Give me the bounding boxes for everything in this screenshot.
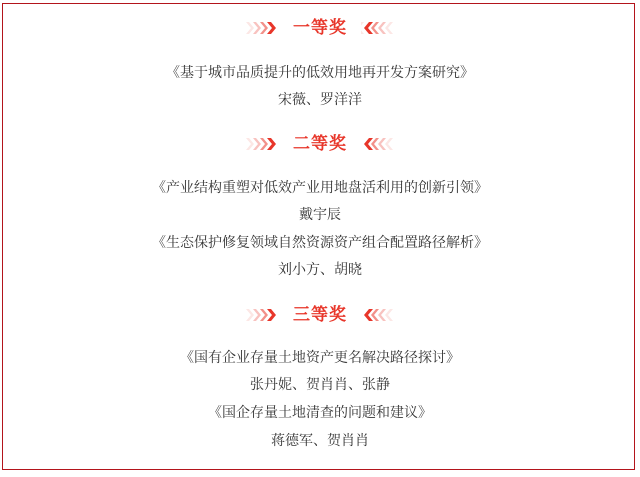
section-heading-text: 一等奖 bbox=[293, 16, 347, 40]
chevron-left-fade-icon bbox=[361, 137, 395, 151]
chevron-left-fade-icon bbox=[361, 308, 395, 322]
award-authors: 张丹妮、贺肖肖、张静 bbox=[0, 376, 640, 394]
chevron-right-fade-icon bbox=[245, 21, 279, 35]
award-title: 《产业结构重塑对低效产业用地盘活利用的创新引领》 bbox=[0, 179, 640, 197]
section-heading-third-prize: 三等奖 bbox=[0, 303, 640, 327]
award-title: 《生态保护修复领域自然资源资产组合配置路径解析》 bbox=[0, 234, 640, 252]
award-authors: 蒋德军、贺肖肖 bbox=[0, 432, 640, 450]
award-title: 《国企存量土地清查的问题和建议》 bbox=[0, 404, 640, 422]
section-heading-first-prize: 一等奖 bbox=[0, 16, 640, 40]
chevron-right-fade-icon bbox=[245, 137, 279, 151]
award-authors: 刘小方、胡晓 bbox=[0, 261, 640, 279]
award-authors: 宋薇、罗洋洋 bbox=[0, 91, 640, 109]
chevron-left-fade-icon bbox=[361, 21, 395, 35]
award-authors: 戴宇辰 bbox=[0, 206, 640, 224]
section-heading-text: 二等奖 bbox=[293, 132, 347, 156]
award-title: 《基于城市品质提升的低效用地再开发方案研究》 bbox=[0, 64, 640, 82]
section-heading-second-prize: 二等奖 bbox=[0, 132, 640, 156]
award-title: 《国有企业存量土地资产更名解决路径探讨》 bbox=[0, 349, 640, 367]
section-heading-text: 三等奖 bbox=[293, 303, 347, 327]
chevron-right-fade-icon bbox=[245, 308, 279, 322]
